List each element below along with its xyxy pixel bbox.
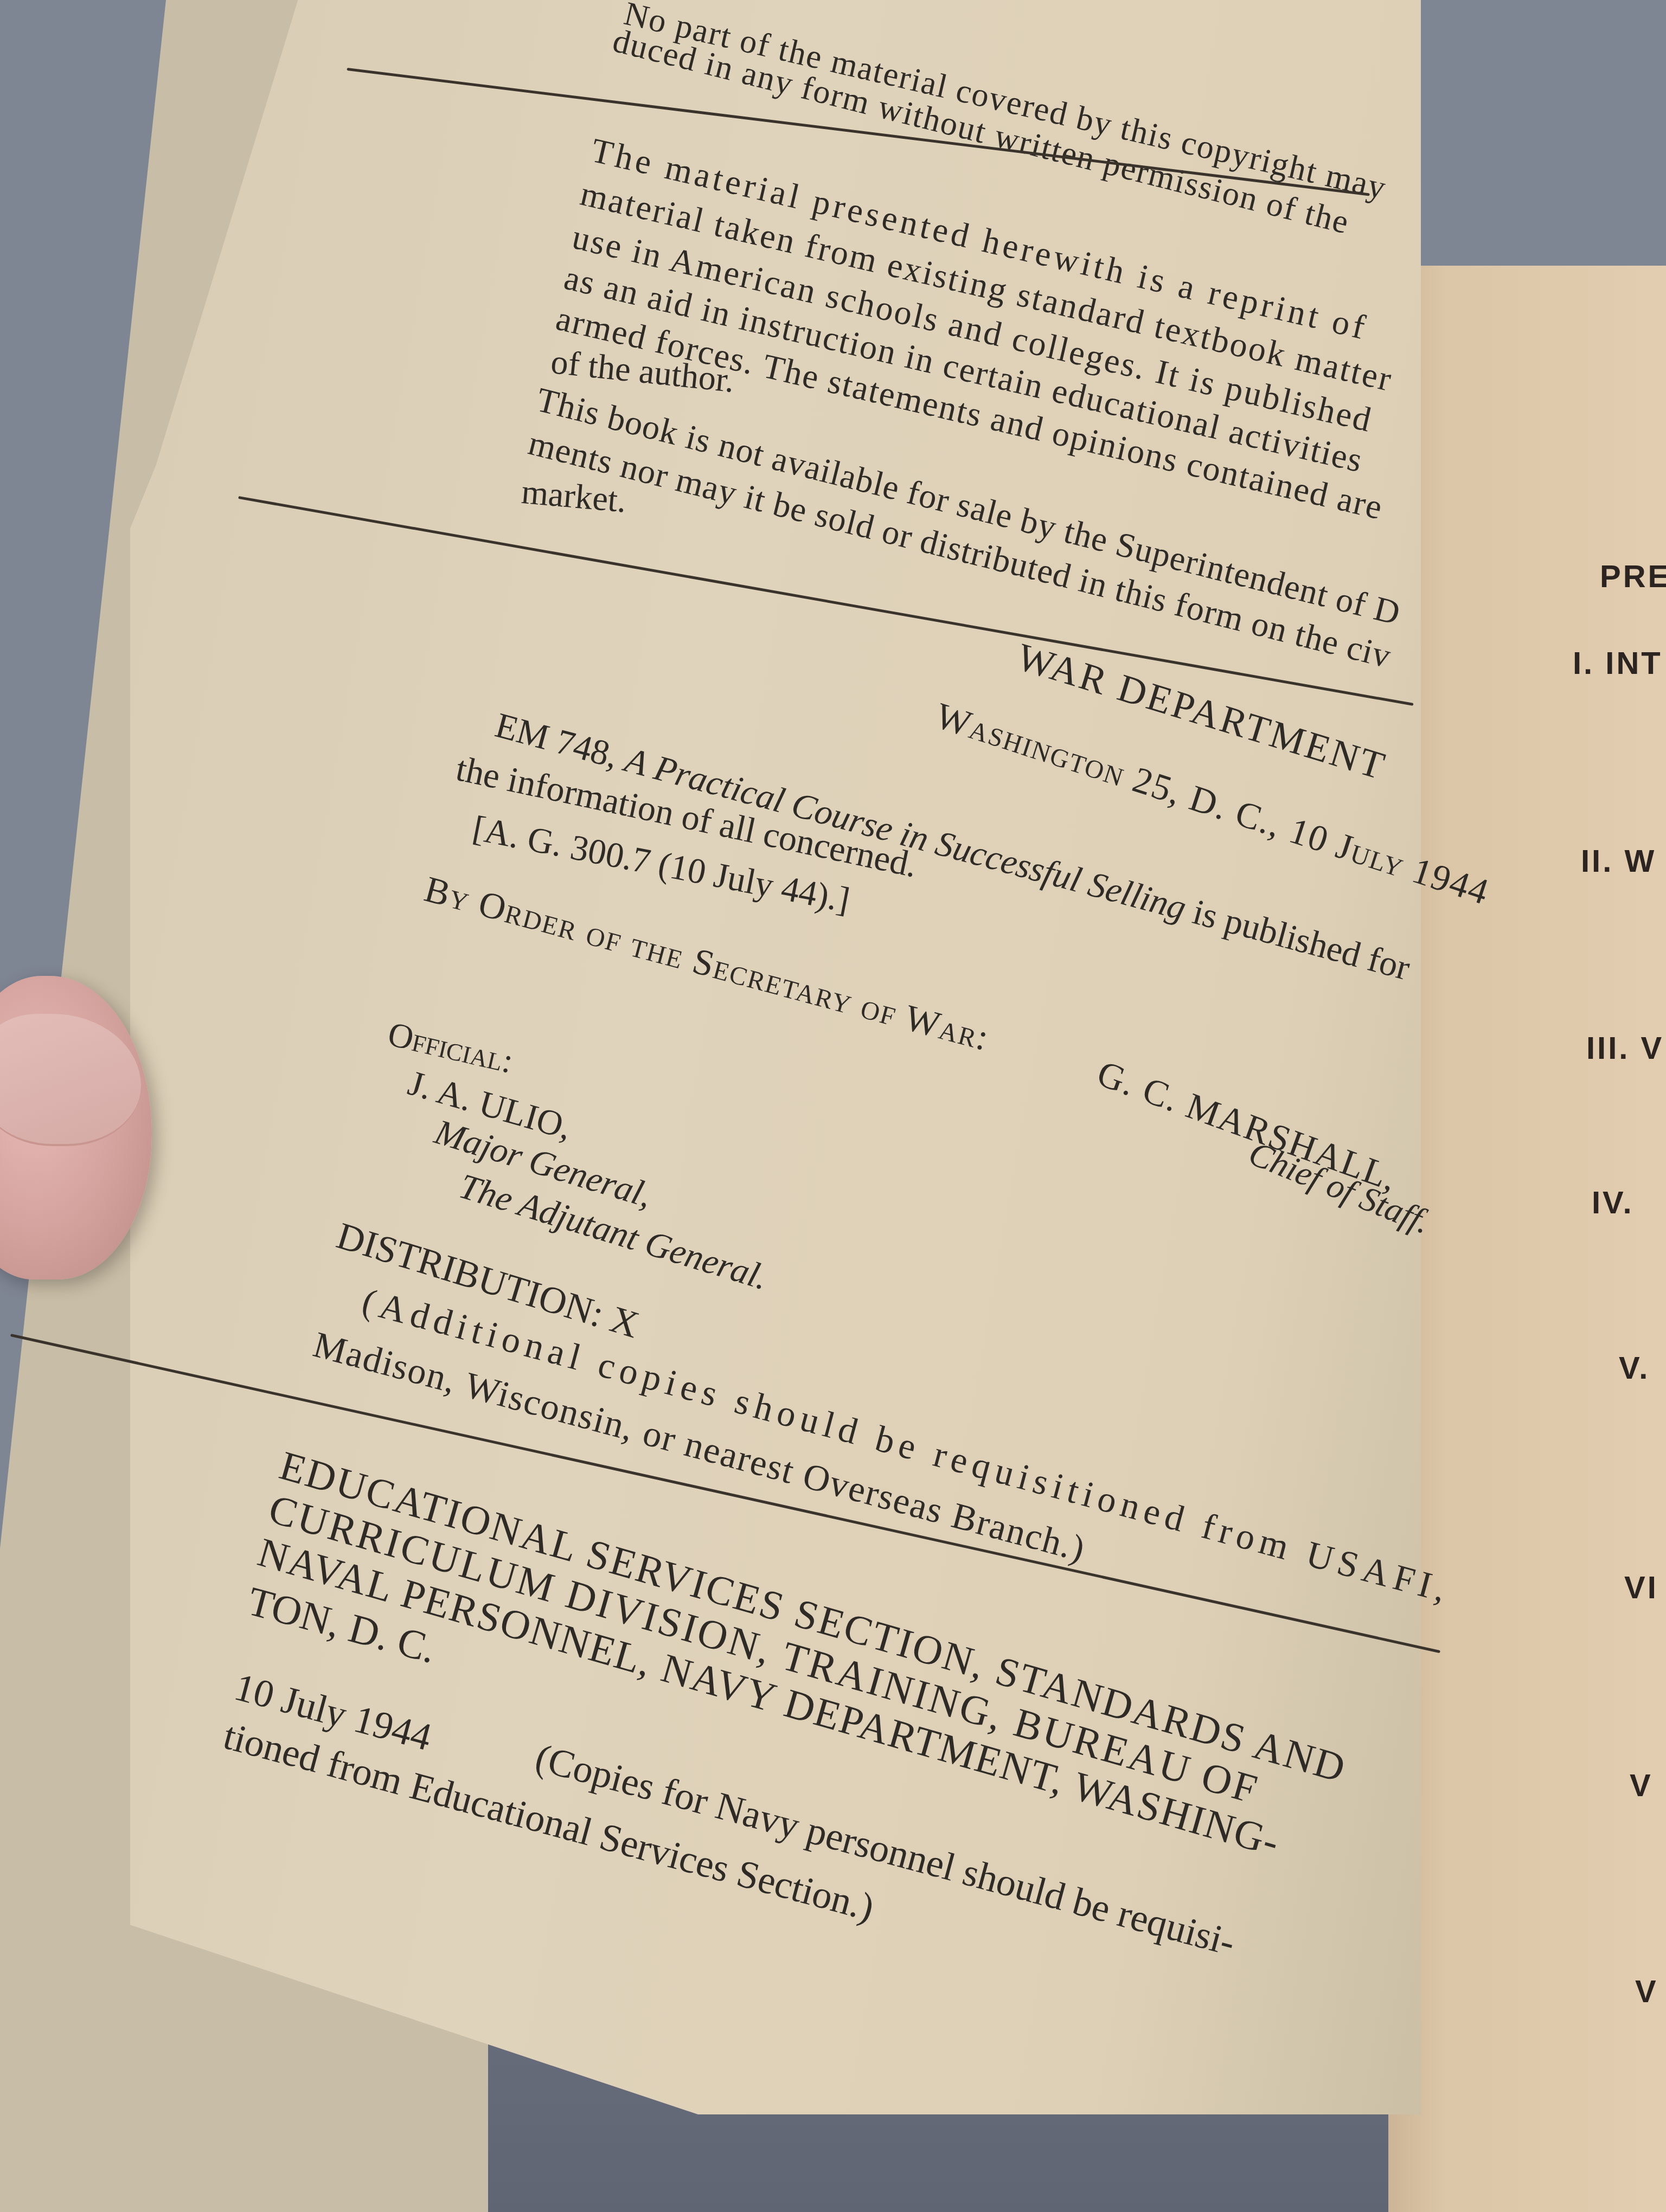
toc-item: II. W bbox=[1581, 843, 1656, 879]
toc-item: PREF bbox=[1600, 558, 1666, 595]
toc-item: I. INT bbox=[1573, 645, 1663, 681]
toc-item: VI bbox=[1624, 1570, 1658, 1606]
toc-item: V. bbox=[1619, 1350, 1650, 1386]
facing-page bbox=[1388, 266, 1666, 2212]
toc-item: IV. bbox=[1592, 1185, 1634, 1221]
toc-item: V bbox=[1635, 1973, 1658, 2010]
toc-item: III. V bbox=[1586, 1030, 1664, 1066]
toc-item: V bbox=[1630, 1767, 1653, 1804]
